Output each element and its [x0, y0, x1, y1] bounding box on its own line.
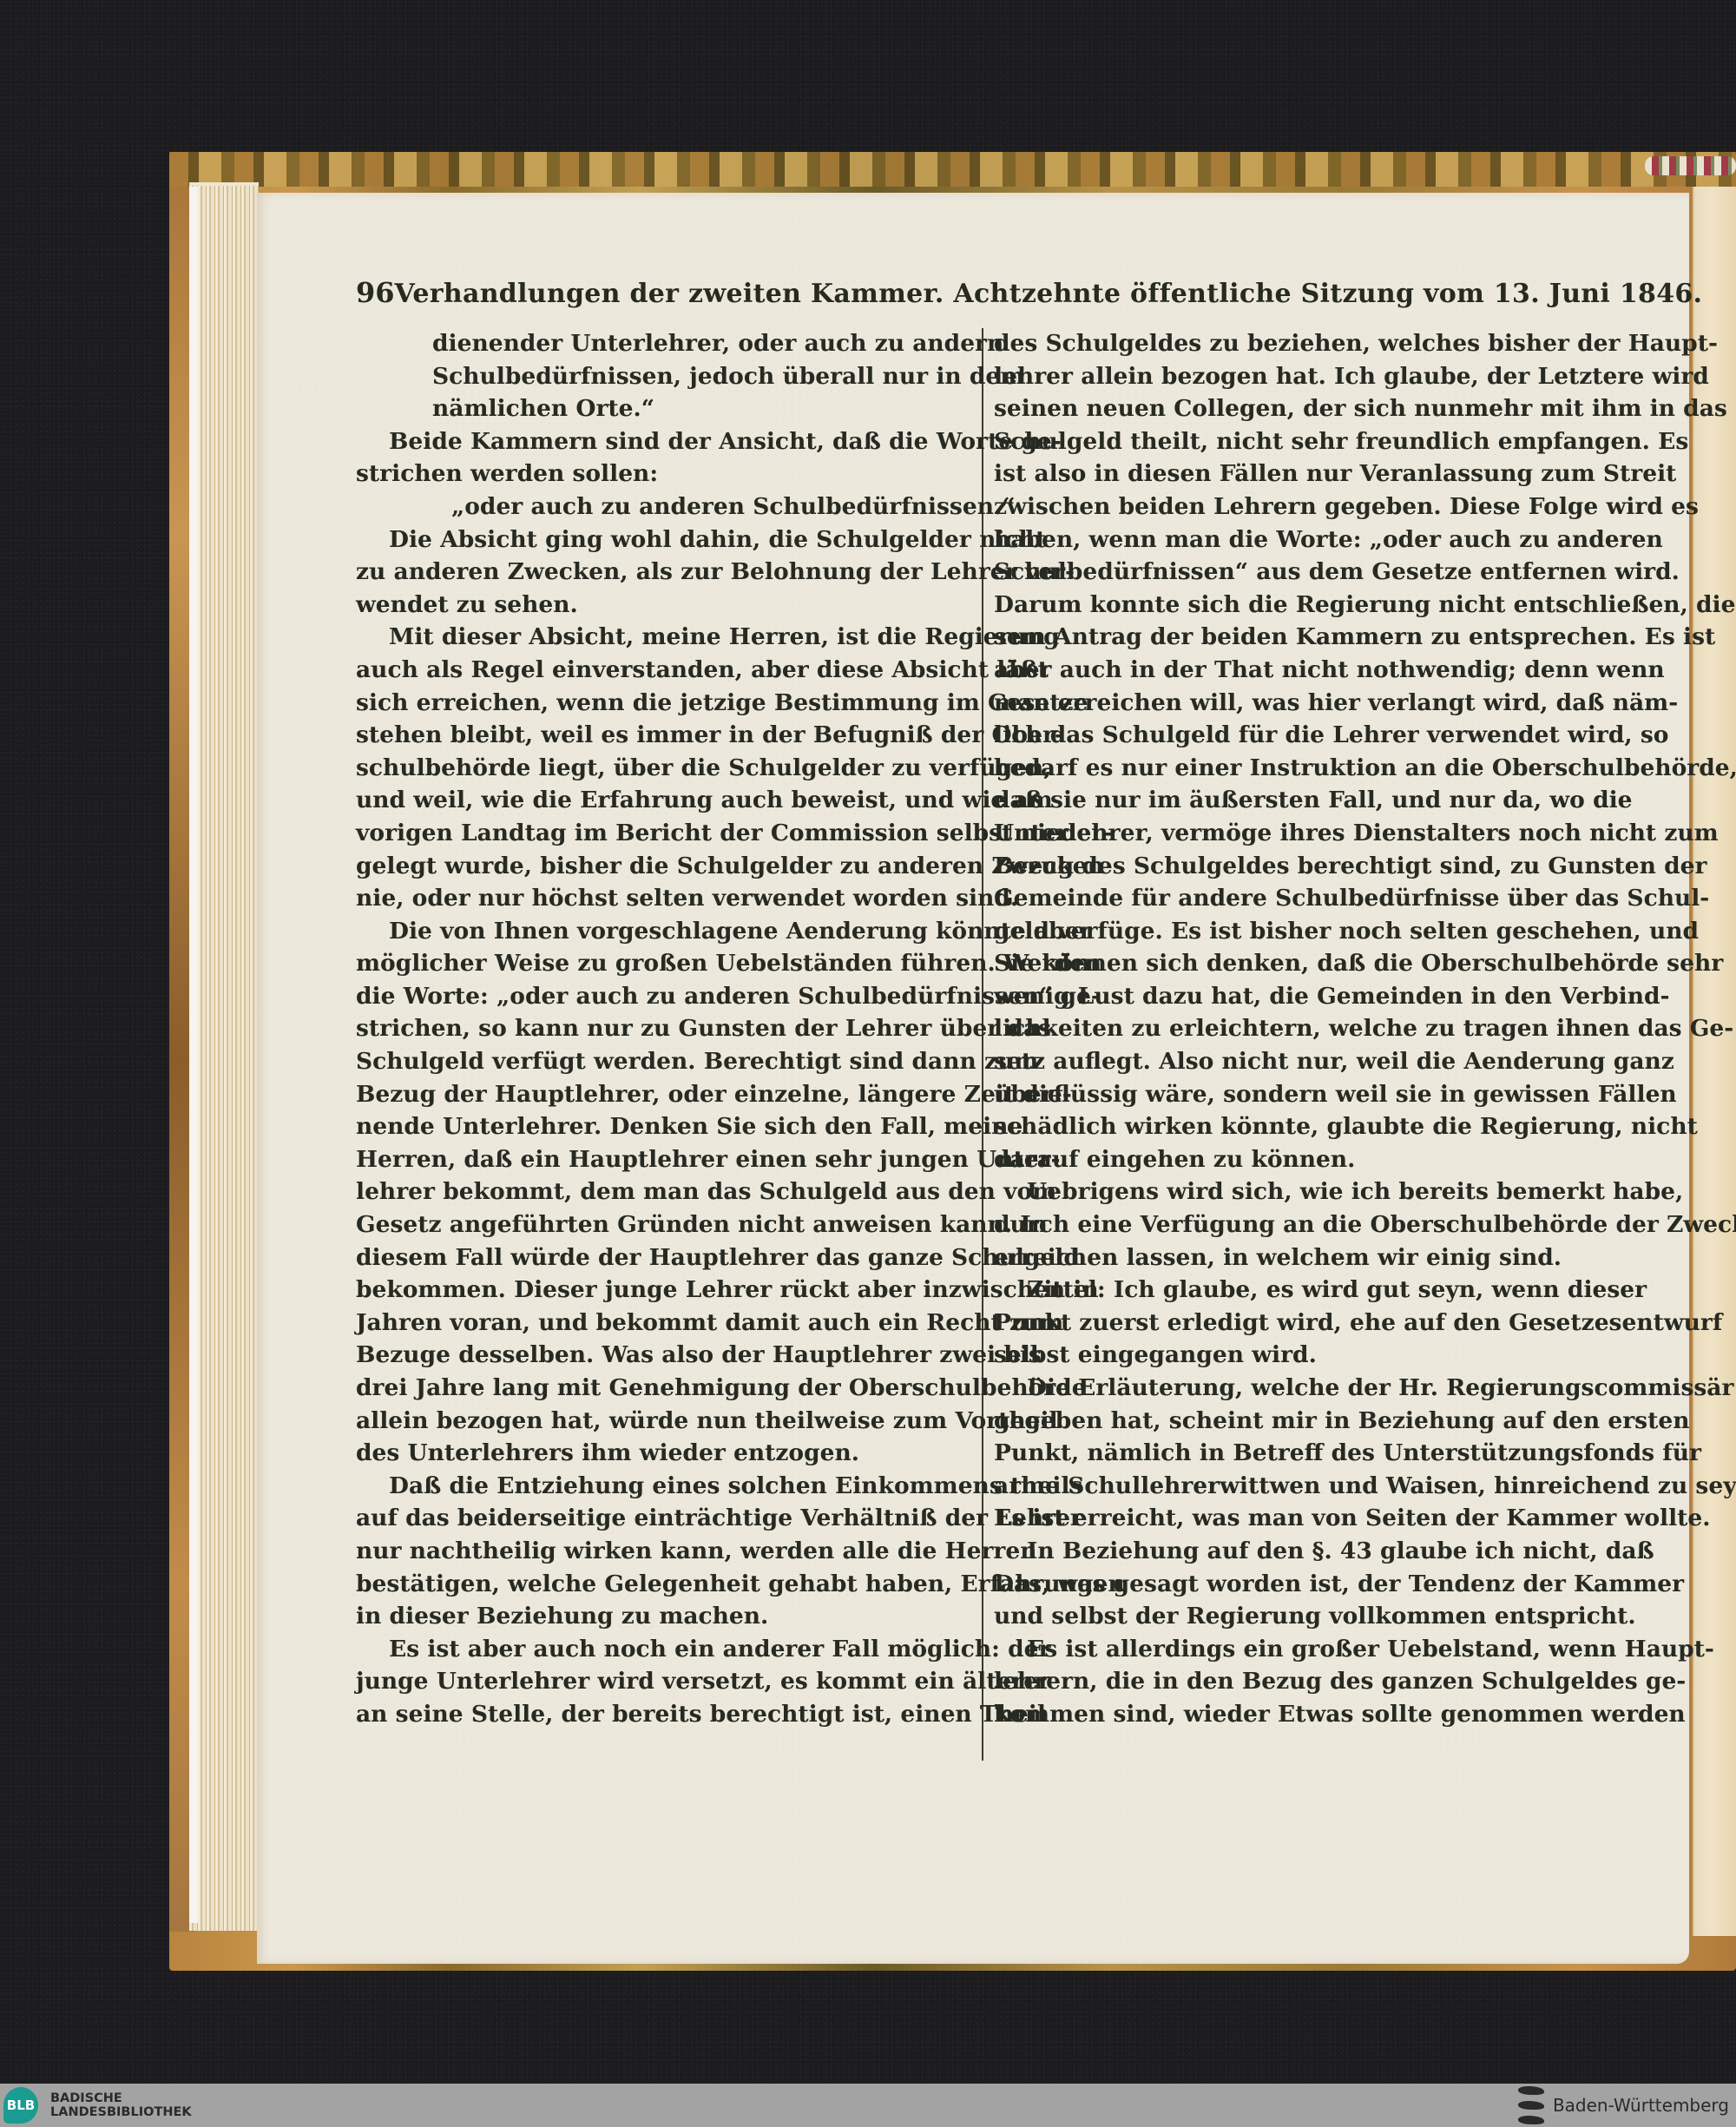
- text-line: Bezug der Hauptlehrer, oder einzelne, lä…: [356, 1078, 976, 1111]
- text-line: strichen werden sollen:: [356, 458, 976, 491]
- text-line: schädlich wirken könnte, glaubte die Reg…: [994, 1110, 1610, 1143]
- page-stack-highlight: [189, 187, 198, 1923]
- text-line: drei Jahre lang mit Genehmigung der Ober…: [356, 1372, 976, 1405]
- text-line: diesem Fall würde der Hauptlehrer das ga…: [356, 1241, 976, 1274]
- text-line: des Schulgeldes zu beziehen, welches bis…: [994, 327, 1610, 360]
- text-line: auf das beiderseitige einträchtige Verhä…: [356, 1502, 976, 1535]
- left-column: dienender Unterlehrer, oder auch zu ande…: [356, 327, 976, 1731]
- text-line: In Beziehung auf den §. 43 glaube ich ni…: [994, 1535, 1610, 1568]
- text-line: gegeben hat, scheint mir in Beziehung au…: [994, 1405, 1610, 1438]
- text-line: erreichen lassen, in welchem wir einig s…: [994, 1241, 1610, 1274]
- text-line: dienender Unterlehrer, oder auch zu ande…: [356, 327, 976, 360]
- text-line: nur nachtheilig wirken kann, werden alle…: [356, 1535, 976, 1568]
- text-line: auch als Regel einverstanden, aber diese…: [356, 654, 976, 687]
- library-branding[interactable]: BLB BADISCHE LANDESBIBLIOTHEK: [0, 2087, 192, 2124]
- text-line: bekommen. Dieser junge Lehrer rückt aber…: [356, 1274, 976, 1307]
- text-line: Es ist aber auch noch ein anderer Fall m…: [356, 1633, 976, 1666]
- text-line: stehen bleibt, weil es immer in der Befu…: [356, 719, 976, 752]
- text-line: Herren, daß ein Hauptlehrer einen sehr j…: [356, 1143, 976, 1176]
- text-line: strichen, so kann nur zu Gunsten der Leh…: [356, 1012, 976, 1045]
- text-line: aber auch in der That nicht nothwendig; …: [994, 654, 1610, 687]
- blb-logo-icon: BLB: [3, 2087, 38, 2124]
- text-line: an seine Stelle, der bereits berechtigt …: [356, 1698, 976, 1731]
- three-lions-crest-icon: [1518, 2086, 1544, 2124]
- text-line: und weil, wie die Erfahrung auch beweist…: [356, 784, 976, 817]
- text-line: die Worte: „oder auch zu anderen Schulbe…: [356, 980, 976, 1013]
- text-line: Gesetz angeführten Gründen nicht anweise…: [356, 1208, 976, 1241]
- library-name-line2: LANDESBIBLIOTHEK: [50, 2105, 192, 2119]
- text-line: junge Unterlehrer wird versetzt, es komm…: [356, 1665, 976, 1698]
- text-line: lehrern, die in den Bezug des ganzen Sch…: [994, 1665, 1610, 1698]
- text-line: Schulgeld theilt, nicht sehr freundlich …: [994, 425, 1610, 458]
- state-name: Baden-Württemberg: [1553, 2095, 1729, 2116]
- text-line: Bezuge desselben. Was also der Hauptlehr…: [356, 1339, 976, 1372]
- text-line: ist also in diesen Fällen nur Veranlassu…: [994, 458, 1610, 491]
- text-line: Daß die Entziehung eines solchen Einkomm…: [356, 1470, 976, 1503]
- text-line: selbst eingegangen wird.: [994, 1339, 1610, 1372]
- text-line: kommen sind, wieder Etwas sollte genomme…: [994, 1698, 1610, 1731]
- text-line: nende Unterlehrer. Denken Sie sich den F…: [356, 1110, 976, 1143]
- page-number: 96: [356, 276, 395, 309]
- text-line: Sie können sich denken, daß die Oberschu…: [994, 947, 1610, 980]
- running-header: 96 Verhandlungen der zweiten Kammer. Ach…: [356, 276, 1476, 318]
- text-line: Die von Ihnen vorgeschlagene Aenderung k…: [356, 915, 976, 948]
- text-line: Schulgeld verfügt werden. Berechtigt sin…: [356, 1045, 976, 1078]
- text-line: und selbst der Regierung vollkommen ents…: [994, 1600, 1610, 1633]
- text-line: sich erreichen, wenn die jetzige Bestimm…: [356, 687, 976, 720]
- text-line: sem Antrag der beiden Kammern zu entspre…: [994, 621, 1610, 654]
- library-name: BADISCHE LANDESBIBLIOTHEK: [50, 2091, 192, 2119]
- text-line: seinen neuen Collegen, der sich nunmehr …: [994, 392, 1610, 425]
- text-line: lehrer allein bezogen hat. Ich glaube, d…: [994, 360, 1610, 393]
- text-line: nie, oder nur höchst selten verwendet wo…: [356, 882, 976, 915]
- text-line: Unterlehrer, vermöge ihres Dienstalters …: [994, 817, 1610, 850]
- text-line: Bezug des Schulgeldes berechtigt sind, z…: [994, 850, 1610, 883]
- text-line: bedarf es nur einer Instruktion an die O…: [994, 752, 1610, 785]
- text-line: Die Erläuterung, welche der Hr. Regierun…: [994, 1372, 1610, 1405]
- text-line: Uebrigens wird sich, wie ich bereits bem…: [994, 1175, 1610, 1208]
- text-line: Das, was gesagt worden ist, der Tendenz …: [994, 1568, 1610, 1601]
- text-line: nämlichen Orte.“: [356, 392, 976, 425]
- text-line: Schulbedürfnissen“ aus dem Gesetze entfe…: [994, 556, 1610, 589]
- text-line: gelegt wurde, bisher die Schulgelder zu …: [356, 850, 976, 883]
- text-line: zwischen beiden Lehrern gegeben. Diese F…: [994, 491, 1610, 524]
- facing-page-edge: [1693, 187, 1736, 1936]
- text-line: setz auflegt. Also nicht nur, weil die A…: [994, 1045, 1610, 1078]
- text-line: allein bezogen hat, würde nun theilweise…: [356, 1405, 976, 1438]
- text-line: man erreichen will, was hier verlangt wi…: [994, 687, 1610, 720]
- text-line: lichkeiten zu erleichtern, welche zu tra…: [994, 1012, 1610, 1045]
- header-title: Verhandlungen der zweiten Kammer. Achtze…: [395, 279, 1703, 309]
- text-line: überflüssig wäre, sondern weil sie in ge…: [994, 1078, 1610, 1111]
- text-line: Die Absicht ging wohl dahin, die Schulge…: [356, 524, 976, 556]
- text-line: des Unterlehrers ihm wieder entzogen.: [356, 1437, 976, 1470]
- text-line: „oder auch zu anderen Schulbedürfnissen.…: [356, 491, 976, 524]
- text-line: darauf eingehen zu können.: [994, 1143, 1610, 1176]
- text-line: lehrer bekommt, dem man das Schulgeld au…: [356, 1175, 976, 1208]
- text-line: in dieser Beziehung zu machen.: [356, 1600, 976, 1633]
- right-column: des Schulgeldes zu beziehen, welches bis…: [994, 327, 1610, 1731]
- state-branding[interactable]: Baden-Württemberg: [1518, 2086, 1729, 2124]
- text-line: wendet zu sehen.: [356, 589, 976, 622]
- text-line: Gemeinde für andere Schulbedürfnisse übe…: [994, 882, 1610, 915]
- text-line: geld verfüge. Es ist bisher noch selten …: [994, 915, 1610, 948]
- text-line: Beide Kammern sind der Ansicht, daß die …: [356, 425, 976, 458]
- text-line: daß sie nur im äußersten Fall, und nur d…: [994, 784, 1610, 817]
- library-name-line1: BADISCHE: [50, 2091, 192, 2105]
- text-line: durch eine Verfügung an die Oberschulbeh…: [994, 1208, 1610, 1241]
- text-line: möglicher Weise zu großen Uebelständen f…: [356, 947, 976, 980]
- text-line: zu anderen Zwecken, als zur Belohnung de…: [356, 556, 976, 589]
- text-line: Es ist erreicht, was man von Seiten der …: [994, 1502, 1610, 1535]
- text-line: Darum konnte sich die Regierung nicht en…: [994, 589, 1610, 622]
- marbled-edge-top: [169, 152, 1736, 187]
- headband: [1645, 156, 1736, 175]
- text-line: Punkt zuerst erledigt wird, ehe auf den …: [994, 1307, 1610, 1340]
- text-line: schulbehörde liegt, über die Schulgelder…: [356, 752, 976, 785]
- text-line: haben, wenn man die Worte: „oder auch zu…: [994, 524, 1610, 556]
- text-line: Mit dieser Absicht, meine Herren, ist di…: [356, 621, 976, 654]
- text-line: Jahren voran, und bekommt damit auch ein…: [356, 1307, 976, 1340]
- text-line: wenig Lust dazu hat, die Gemeinden in de…: [994, 980, 1610, 1013]
- text-line: vorigen Landtag im Bericht der Commissio…: [356, 817, 976, 850]
- page-stack-edge: [189, 182, 259, 1931]
- text-line: bestätigen, welche Gelegenheit gehabt ha…: [356, 1568, 976, 1601]
- speaker-line: Zittel: Ich glaube, es wird gut seyn, we…: [994, 1274, 1610, 1307]
- text-line: Punkt, nämlich in Betreff des Unterstütz…: [994, 1437, 1610, 1470]
- text-line: arme Schullehrerwittwen und Waisen, hinr…: [994, 1470, 1610, 1503]
- text-line: lich das Schulgeld für die Lehrer verwen…: [994, 719, 1610, 752]
- footer-banner: BLB BADISCHE LANDESBIBLIOTHEK Baden-Würt…: [0, 2084, 1736, 2127]
- text-line: Schulbedürfnissen, jedoch überall nur in…: [356, 360, 976, 393]
- text-line: Es ist allerdings ein großer Uebelstand,…: [994, 1633, 1610, 1666]
